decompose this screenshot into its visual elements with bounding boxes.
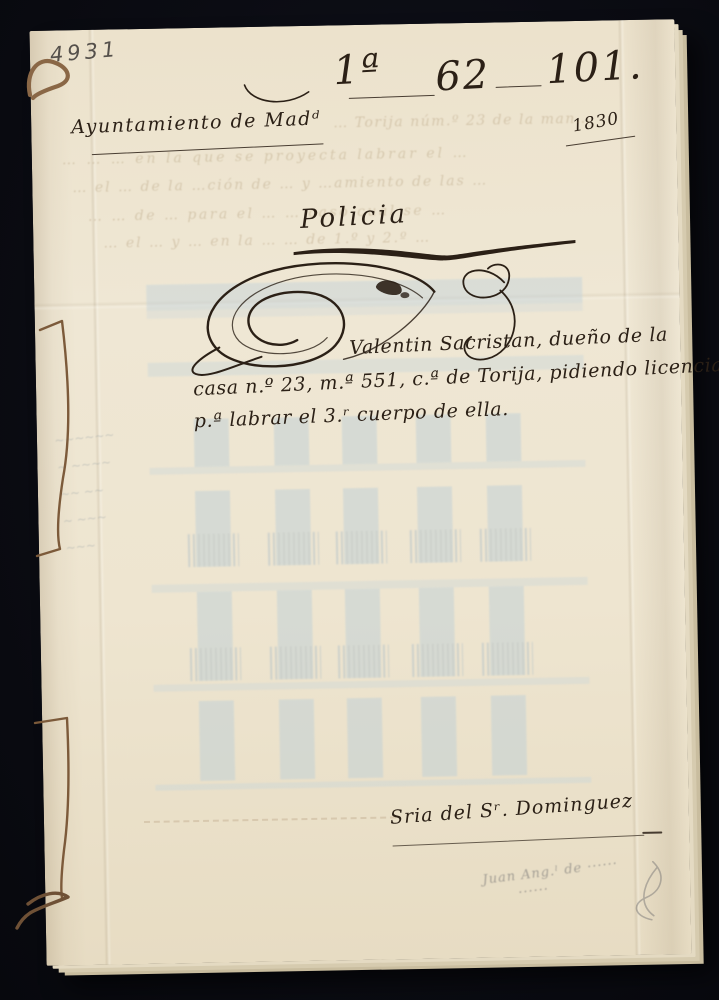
bleed-line: … Torija núm.º 23 de la man… <box>333 111 591 132</box>
facade-balcony-railing <box>338 645 390 679</box>
ornate-initial-flourish <box>442 260 544 372</box>
signature-dash <box>642 832 662 835</box>
margin-bleed-note: ~~~~~~ ~ ~~~~ ~~ ~~ ~ ~~~ ~~~ <box>53 418 162 562</box>
facade-balcony-railing <box>336 531 388 565</box>
facade-balcony-railing <box>482 642 534 676</box>
number-underline <box>496 85 542 88</box>
ornate-initial-D <box>182 257 454 377</box>
paper-crease <box>617 20 641 955</box>
flourish-arc <box>242 80 313 111</box>
facade-balcony-railing <box>412 643 464 677</box>
expediente-number: 101. <box>545 42 644 93</box>
legajo-number: 62 <box>434 52 491 101</box>
facade-balcony-railing <box>270 646 322 680</box>
facade-balcony-railing <box>480 528 532 562</box>
facade-window <box>199 700 235 781</box>
facade-window <box>491 695 527 776</box>
signature-underline <box>392 835 644 847</box>
dashed-bleed-line <box>144 816 396 823</box>
facade-balcony-railing <box>410 529 462 563</box>
facade-window <box>421 696 457 777</box>
facade-balcony-railing <box>190 647 242 681</box>
heading: Ayuntamiento de Madᵈ <box>71 107 321 138</box>
number-underline <box>349 95 435 99</box>
archive-photo-background: { "document": { "archive_number": "4931"… <box>0 0 719 1000</box>
section-title: Policia <box>299 199 409 235</box>
bleed-line: … el … de la …ción de … y …amiento de la… <box>72 173 488 197</box>
pencil-rubric-flourish <box>623 857 670 924</box>
manuscript-page: 4931 1ª 62 101. 1830 Ayuntamiento de Mad… <box>29 19 691 966</box>
facade-balcony-railing <box>188 533 240 567</box>
bleed-line: … … … en la que se proyecta labrar el … <box>62 145 470 168</box>
facade-window <box>279 699 315 780</box>
facade-window <box>347 698 383 779</box>
series-number: 1ª <box>332 46 383 95</box>
facade-balcony-railing <box>268 532 320 566</box>
pencil-note: Juan Ang.ˡ de ······ ······ <box>482 855 621 905</box>
archive-number: 4931 <box>49 37 120 67</box>
